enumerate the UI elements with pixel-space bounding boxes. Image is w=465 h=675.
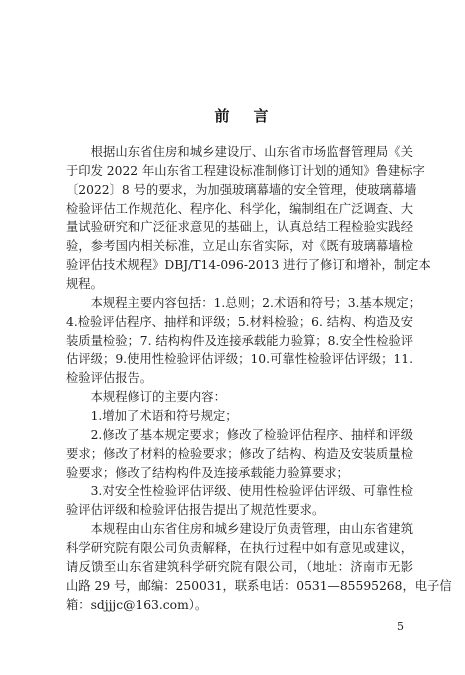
paragraph-main-contents: 本规程主要内容包括：1.总则；2.术语和符号；3.基本规定； 4.检验评估程序、… — [66, 294, 413, 388]
text-line: 〔2022〕8 号的要求，为加强玻璃幕墙的安全管理，使玻璃幕墙 — [66, 181, 413, 200]
paragraph-intro: 根据山东省住房和城乡建设厅、山东省市场监督管理局《关 于印发 2022 年山东省… — [66, 143, 413, 294]
text-line: 估评级；9.使用性检验评估评级；10.可靠性检验评估评级；11. — [66, 350, 413, 369]
text-line: 山路 29 号，邮编：250031，联系电话：0531—85595268，电子信 — [66, 577, 413, 596]
revision-item-2: 2.修改了基本规定要求；修改了检验评估程序、抽样和评级 要求；修改了材料的检验要… — [66, 426, 413, 483]
paragraph-management-contact: 本规程由山东省住房和城乡建设厅负责管理，由山东省建筑 科学研究院有限公司负责解释… — [66, 520, 413, 614]
page-number: 5 — [397, 620, 404, 633]
preface-body: 根据山东省住房和城乡建设厅、山东省市场监督管理局《关 于印发 2022 年山东省… — [66, 143, 413, 614]
text-line: 要求；修改了材料的检验要求；修改了结构、构造及安装质量检 — [66, 445, 413, 464]
revision-item-3: 3.对安全性检验评估评级、使用性检验评估评级、可靠性检 验评估评级和检验评估报告… — [66, 482, 413, 520]
text-line: 根据山东省住房和城乡建设厅、山东省市场监督管理局《关 — [66, 143, 413, 162]
page-title: 前言 — [0, 105, 465, 127]
text-line: 量试验研究和广泛征求意见的基础上，认真总结工程检验实践经 — [66, 218, 413, 237]
text-line: 本规程由山东省住房和城乡建设厅负责管理，由山东省建筑 — [66, 520, 413, 539]
text-line: 验评估评级和检验评估报告提出了规范性要求。 — [66, 501, 413, 520]
title-char-2: 言 — [254, 105, 269, 127]
paragraph-revision-heading: 本规程修订的主要内容： — [66, 388, 413, 407]
text-line: 4.检验评估程序、抽样和评级；5.材料检验；6. 结构、构造及安 — [66, 313, 413, 332]
title-char-1: 前 — [214, 105, 229, 127]
text-line: 检验评估工作规范化、程序化、科学化，编制组在广泛调查、大 — [66, 200, 413, 219]
contact-email-line: 箱：sdjjjc@163.com）。 — [66, 596, 413, 615]
revision-item-1: 1.增加了术语和符号规定； — [66, 407, 413, 426]
text-line: 2.修改了基本规定要求；修改了检验评估程序、抽样和评级 — [66, 426, 413, 445]
text-line: 装质量检验；7. 结构构件及连接承载能力验算；8.安全性检验评 — [66, 332, 413, 351]
text-line: 本规程主要内容包括：1.总则；2.术语和符号；3.基本规定； — [66, 294, 413, 313]
text-line: 于印发 2022 年山东省工程建设标准制修订计划的通知》鲁建标字 — [66, 162, 413, 181]
text-line: 1.增加了术语和符号规定； — [66, 407, 413, 426]
text-line: 检验评估报告。 — [66, 369, 413, 388]
text-line: 验，参考国内相关标准，立足山东省实际，对《既有玻璃幕墙检 — [66, 237, 413, 256]
text-line: 科学研究院有限公司负责解释，在执行过程中如有意见或建议， — [66, 539, 413, 558]
text-line: 验要求；修改了结构构件及连接承载能力验算要求； — [66, 464, 413, 483]
text-line: 规程。 — [66, 275, 413, 294]
text-line: 3.对安全性检验评估评级、使用性检验评估评级、可靠性检 — [66, 482, 413, 501]
text-line: 验评估技术规程》DBJ/T14-096-2013 进行了修订和增补，制定本 — [66, 256, 413, 275]
document-page: 前言 根据山东省住房和城乡建设厅、山东省市场监督管理局《关 于印发 2022 年… — [0, 0, 465, 675]
text-line: 本规程修订的主要内容： — [66, 388, 413, 407]
text-line: 请反馈至山东省建筑科学研究院有限公司，（地址：济南市无影 — [66, 558, 413, 577]
